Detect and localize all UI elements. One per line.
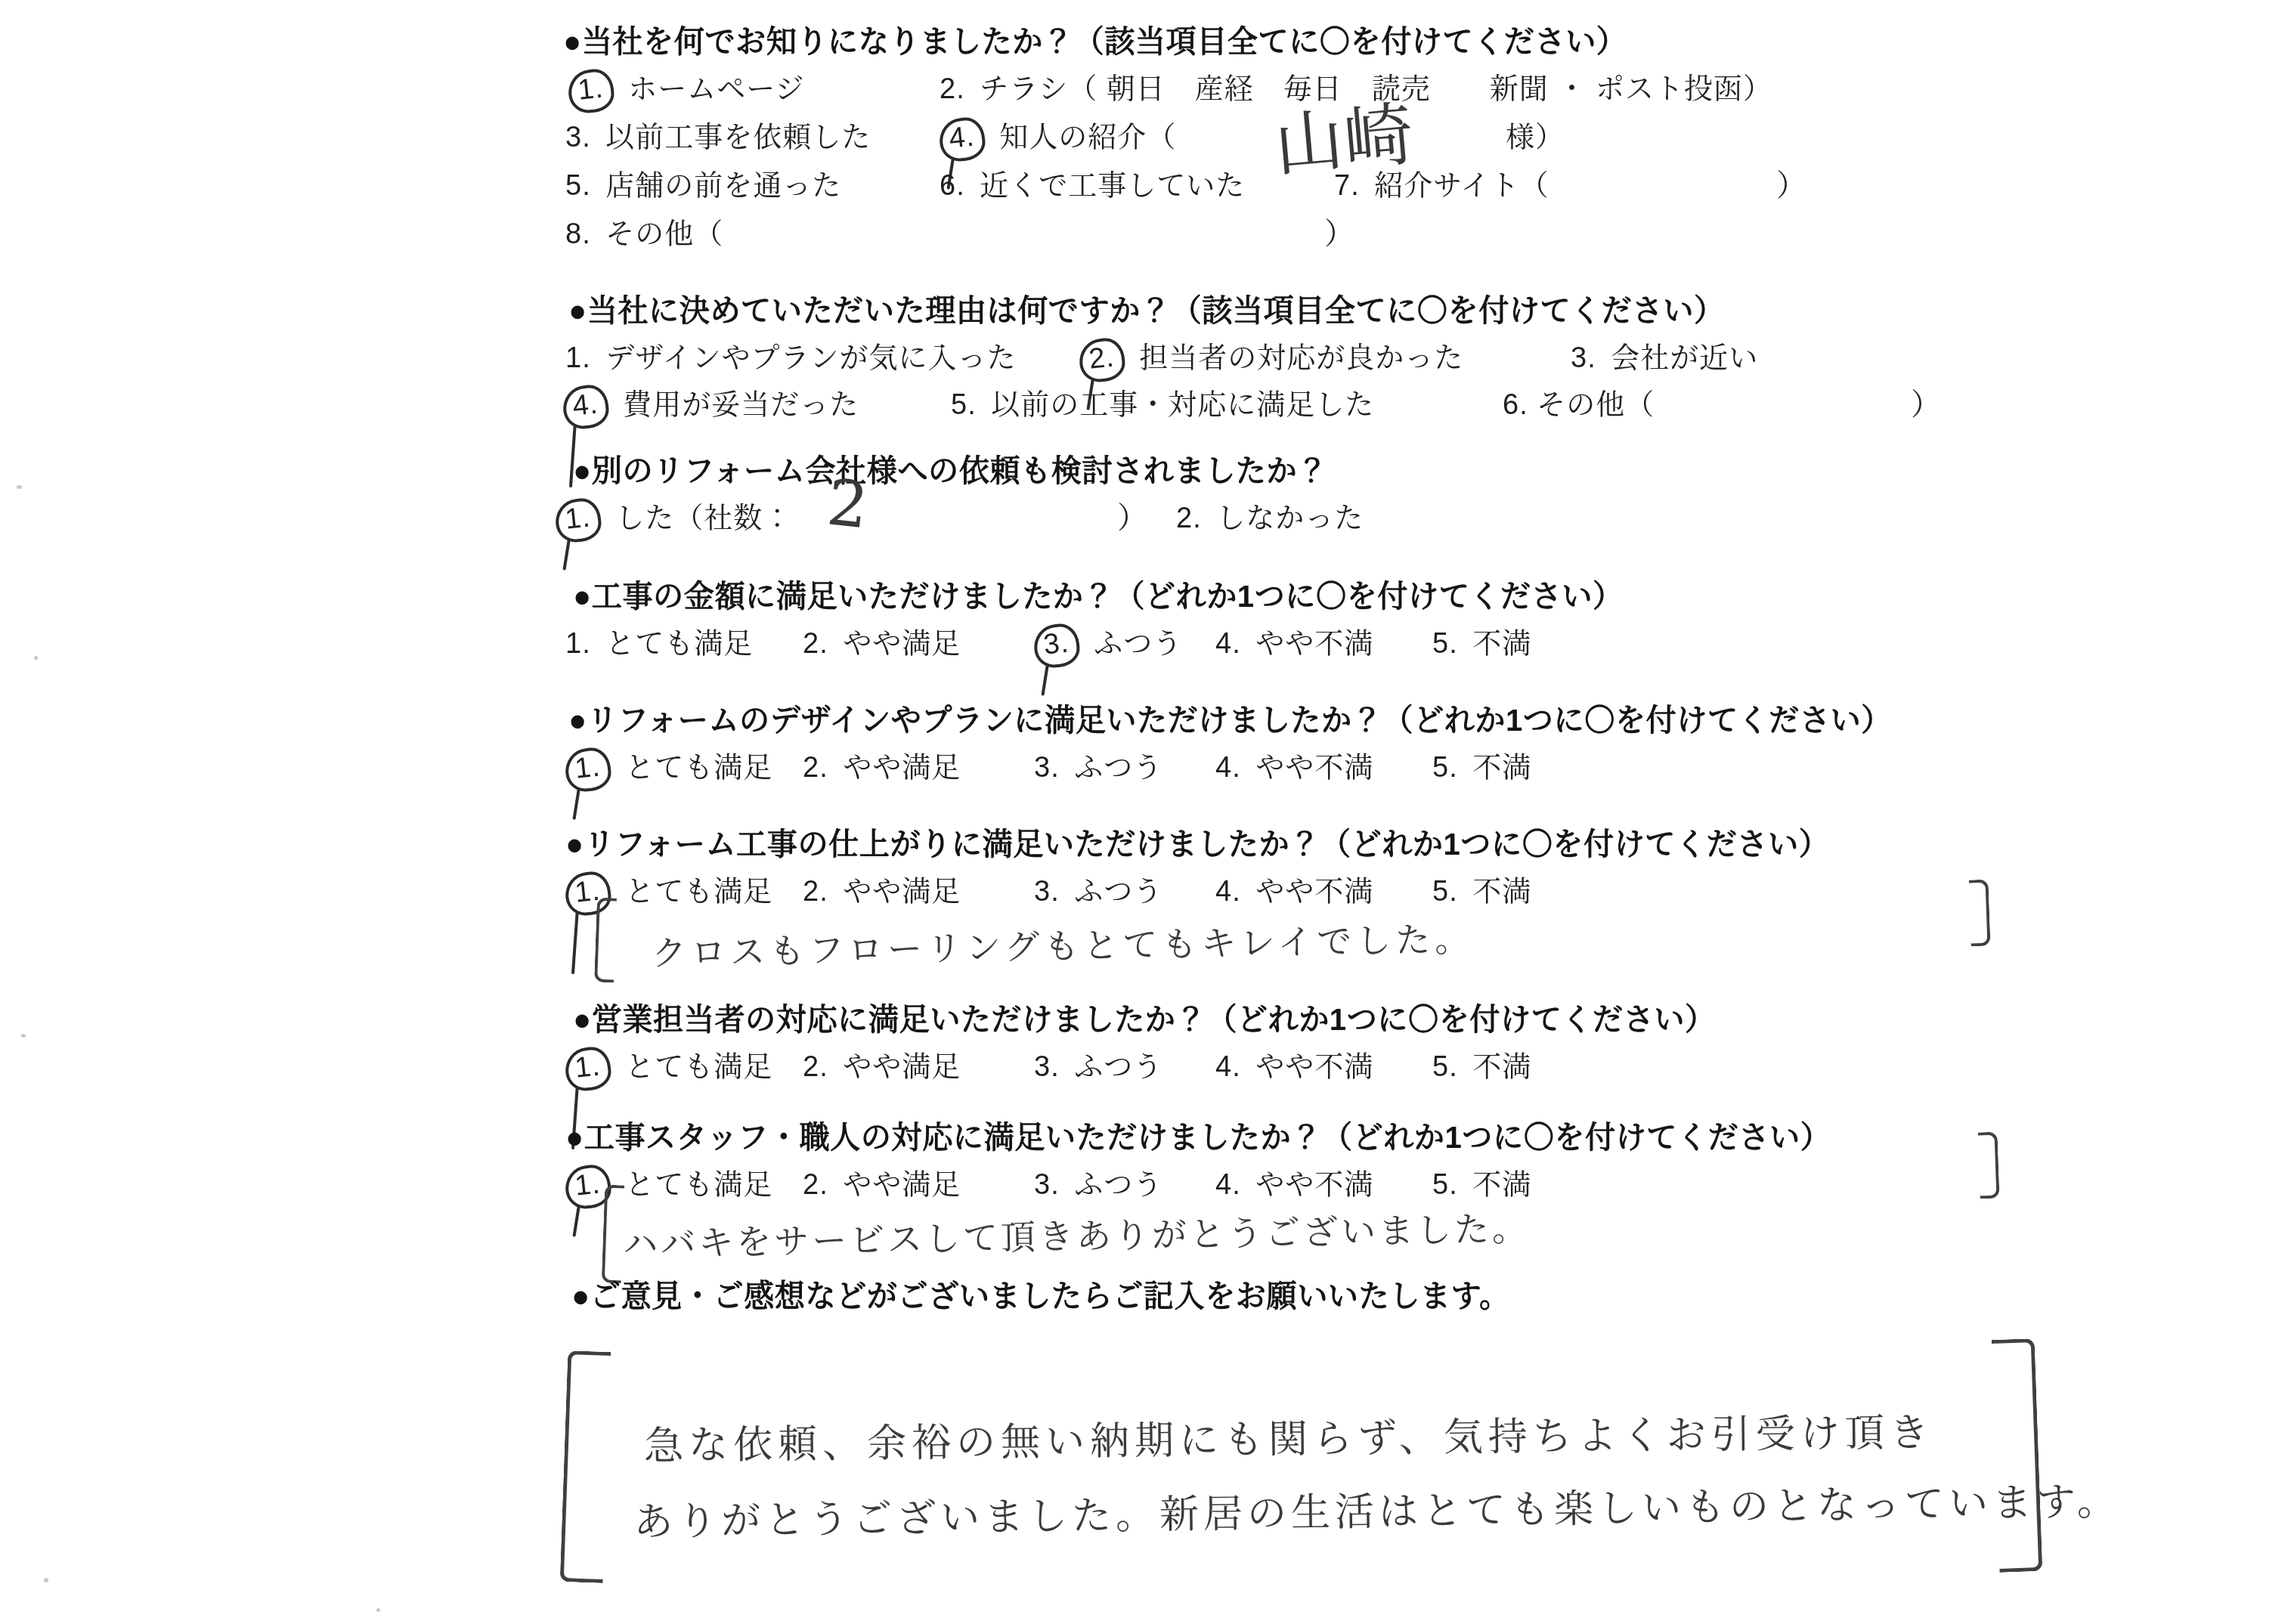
handwritten-company-count: 2 [824, 465, 871, 543]
question-finish: ●リフォーム工事の仕上がりに満足いただけましたか？（どれか1つに〇を付けてくださ… [565, 819, 1829, 864]
staff-opt-1[interactable]: 1. とても満足 [565, 1161, 772, 1208]
sales-opt-5[interactable]: 5. 不満 [1432, 1043, 1531, 1084]
staff-comment-open-bracket [602, 1185, 625, 1284]
handwritten-final-comment-line1: 急な依頼、余裕の無い納期にも関らず、気持ちよくお引受け頂き [644, 1400, 1935, 1471]
scan-speck [376, 1608, 380, 1612]
design-opt-1[interactable]: 1. とても満足 [565, 744, 772, 791]
question-other-companies: ●別のリフォーム会社様への依頼も検討されましたか？ [573, 446, 1328, 490]
price-opt-3[interactable]: 3. ふつう [1034, 620, 1182, 667]
comment-box-open-bracket[interactable] [560, 1350, 611, 1583]
referral-site-close-paren: ） [1776, 162, 1806, 205]
reason-previous-work[interactable]: 5. 以前の工事・対応に満足した [951, 381, 1374, 422]
reason-cost[interactable]: 4. 費用が妥当だった [563, 381, 859, 428]
price-opt-1[interactable]: 1. とても満足 [565, 620, 753, 661]
scanned-survey-page: ●当社を何でお知りになりましたか？（該当項目全てに〇を付けてください） 1. ホ… [0, 0, 2294, 1624]
staff-opt-5[interactable]: 5. 不満 [1432, 1161, 1531, 1202]
reason-other[interactable]: 6. その他（ [1503, 381, 1655, 422]
price-opt-4[interactable]: 4. やや不満 [1215, 620, 1373, 661]
reason-design[interactable]: 1. デザインやプランが気に入った [565, 334, 1017, 376]
finish-comment-open-bracket [594, 898, 617, 983]
sales-opt-4[interactable]: 4. やや不満 [1215, 1043, 1373, 1084]
staff-opt-4[interactable]: 4. やや不満 [1215, 1161, 1373, 1202]
scan-speck [44, 1578, 48, 1582]
company-count-close-paren: ） [1117, 494, 1147, 537]
handwritten-final-comment-line2: ありがとうございました。新居の生活はとても楽しいものとなっています。 [633, 1469, 2122, 1546]
option-storefront[interactable]: 5. 店舗の前を通った [565, 162, 841, 203]
question-free-comments: ●ご意見・ご感想などがございましたらご記入をお願いいたします。 [571, 1271, 1510, 1316]
scan-speck [21, 1034, 26, 1038]
scan-speck [34, 656, 38, 660]
finish-opt-3[interactable]: 3. ふつう [1034, 868, 1162, 909]
comment-box-close-bracket [1992, 1338, 2043, 1573]
option-prior-work[interactable]: 3. 以前工事を依頼した [565, 113, 871, 155]
reason-other-close-paren: ） [1911, 381, 1941, 424]
referral-suffix: 様） [1506, 113, 1565, 155]
sales-opt-1[interactable]: 1. とても満足 [565, 1043, 772, 1090]
reason-company-near[interactable]: 3. 会社が近い [1571, 334, 1758, 376]
handwritten-finish-comment: クロスもフローリングもとてもキレイでした。 [652, 912, 1475, 976]
price-opt-2[interactable]: 2. やや満足 [803, 620, 961, 661]
option-nearby-construction[interactable]: 6. 近くで工事していた [940, 162, 1245, 203]
finish-opt-2[interactable]: 2. やや満足 [803, 868, 961, 909]
design-opt-2[interactable]: 2. やや満足 [803, 744, 961, 785]
option-referral[interactable]: 4. 知人の紹介（ [940, 113, 1176, 161]
handwritten-staff-comment: ハバキをサービスして頂きありがとうございました。 [623, 1202, 1531, 1267]
sales-opt-3[interactable]: 3. ふつう [1034, 1043, 1162, 1084]
option-referral-site[interactable]: 7. 紹介サイト（ [1334, 162, 1549, 203]
sales-opt-2[interactable]: 2. やや満足 [803, 1043, 961, 1084]
finish-opt-5[interactable]: 5. 不満 [1432, 868, 1531, 909]
design-opt-5[interactable]: 5. 不満 [1432, 744, 1531, 785]
design-opt-3[interactable]: 3. ふつう [1034, 744, 1162, 785]
price-opt-5[interactable]: 5. 不満 [1432, 620, 1531, 661]
staff-opt-2[interactable]: 2. やや満足 [803, 1161, 961, 1202]
question-sales-rep: ●営業担当者の対応に満足いただけましたか？（どれか1つに〇を付けてください） [573, 995, 1716, 1039]
finish-opt-4[interactable]: 4. やや不満 [1215, 868, 1373, 909]
considered-no[interactable]: 2. しなかった [1176, 494, 1364, 536]
other-source-close-paren: ） [1324, 210, 1354, 253]
option-homepage[interactable]: 1. ホームページ [568, 65, 805, 113]
considered-yes[interactable]: 1. した（社数： [556, 494, 792, 542]
option-other-source[interactable]: 8. その他（ [565, 210, 723, 252]
staff-opt-3[interactable]: 3. ふつう [1034, 1161, 1162, 1202]
question-price: ●工事の金額に満足いただけましたか？（どれか1つに〇を付けてください） [573, 571, 1624, 616]
reason-staff-response[interactable]: 2. 担当者の対応が良かった [1079, 334, 1463, 382]
question-construction-staff: ●工事スタッフ・職人の対応に満足いただけましたか？（どれか1つに〇を付けてくださ… [565, 1112, 1831, 1157]
question-design: ●リフォームのデザインやプランに満足いただけましたか？（どれか1つに〇を付けてく… [568, 695, 1892, 740]
question-how-found: ●当社を何でお知りになりましたか？（該当項目全てに〇を付けてください） [563, 17, 1627, 61]
question-reason: ●当社に決めていただいた理由は何ですか？（該当項目全てに〇を付けてください） [568, 286, 1725, 330]
staff-comment-close-bracket [1977, 1132, 1999, 1199]
finish-comment-close-bracket [1968, 880, 1990, 947]
scan-speck [17, 485, 22, 489]
design-opt-4[interactable]: 4. やや不満 [1215, 744, 1373, 785]
